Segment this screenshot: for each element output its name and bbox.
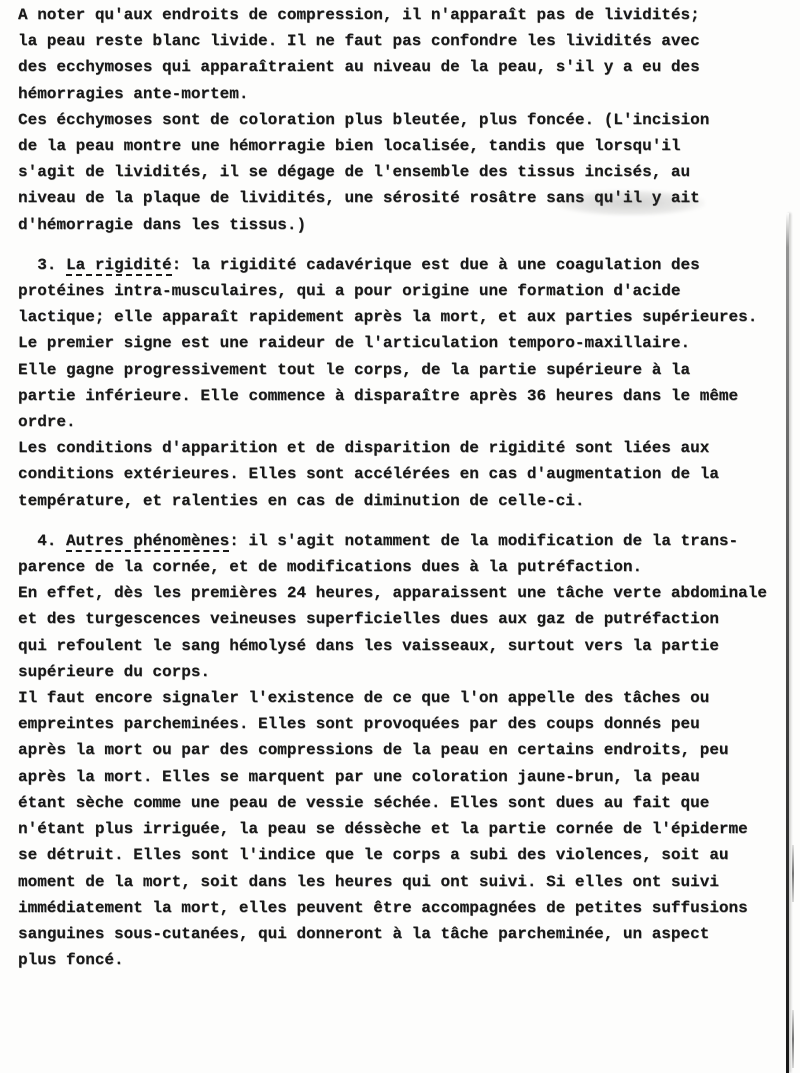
section-heading: Autres phénomènes bbox=[66, 532, 229, 552]
text-segment: En effet, dès les premières 24 heures, a… bbox=[18, 584, 767, 602]
text-line: hémorragies ante-mortem. bbox=[18, 81, 767, 107]
text-line: après la mort. Elles se marquent par une… bbox=[18, 764, 767, 790]
text-line: de la peau montre une hémorragie bien lo… bbox=[18, 133, 767, 159]
text-segment: plus foncé. bbox=[18, 951, 124, 969]
text-line: température, et ralenties en cas de dimi… bbox=[18, 488, 767, 514]
paragraph-autres-phenomenes: 4. Autres phénomènes: il s'agit notammen… bbox=[18, 528, 767, 580]
text-segment: de la peau montre une hémorragie bien lo… bbox=[18, 137, 681, 155]
text-line: 4. Autres phénomènes: il s'agit notammen… bbox=[18, 528, 767, 554]
text-line: Le premier signe est une raideur de l'ar… bbox=[18, 330, 767, 356]
text-line: qui refoulent le sang hémolysé dans les … bbox=[18, 633, 767, 659]
text-segment: n'étant plus irriguée, la peau se déssèc… bbox=[18, 820, 748, 838]
text-line: A noter qu'aux endroits de compression, … bbox=[18, 2, 767, 28]
text-line: ordre. bbox=[18, 409, 767, 435]
text-line: lactique; elle apparaît rapidement après… bbox=[18, 304, 767, 330]
text-line: sanguines sous-cutanées, qui donneront à… bbox=[18, 921, 767, 947]
text-segment: étant sèche comme une peau de vessie séc… bbox=[18, 794, 709, 812]
text-segment: Elle gagne progressivement tout le corps… bbox=[18, 361, 690, 379]
text-segment: d'hémorragie dans les tissus.) bbox=[18, 216, 306, 234]
text-line: des ecchymoses qui apparaîtraient au niv… bbox=[18, 54, 767, 80]
text-line: étant sèche comme une peau de vessie séc… bbox=[18, 790, 767, 816]
text-line: En effet, dès les premières 24 heures, a… bbox=[18, 580, 767, 606]
text-line: d'hémorragie dans les tissus.) bbox=[18, 212, 767, 238]
scan-edge-line bbox=[786, 213, 789, 1073]
text-line: après la mort ou par des compressions de… bbox=[18, 737, 767, 763]
text-line: parence de la cornée, et de modification… bbox=[18, 554, 767, 580]
text-segment: parence de la cornée, et de modification… bbox=[18, 558, 642, 576]
scan-edge-segment bbox=[792, 845, 794, 902]
text-segment: Ces écchymoses sont de coloration plus b… bbox=[18, 111, 709, 129]
text-segment: protéines intra-musculaires, qui a pour … bbox=[18, 282, 681, 300]
text-segment: des ecchymoses qui apparaîtraient au niv… bbox=[18, 58, 700, 76]
text-segment: la peau reste blanc livide. Il ne faut p… bbox=[18, 32, 700, 50]
text-line: n'étant plus irriguée, la peau se déssèc… bbox=[18, 816, 767, 842]
text-line: immédiatement la mort, elles peuvent êtr… bbox=[18, 895, 767, 921]
text-line: la peau reste blanc livide. Il ne faut p… bbox=[18, 28, 767, 54]
text-segment: 3. bbox=[18, 256, 66, 274]
text-line: protéines intra-musculaires, qui a pour … bbox=[18, 278, 767, 304]
document-page: A noter qu'aux endroits de compression, … bbox=[0, 0, 800, 1073]
text-line: Elle gagne progressivement tout le corps… bbox=[18, 357, 767, 383]
paragraph-lividites-note: A noter qu'aux endroits de compression, … bbox=[18, 2, 767, 107]
text-line: et des turgescences veineuses superficie… bbox=[18, 606, 767, 632]
text-segment: moment de la mort, soit dans les heures … bbox=[18, 873, 719, 891]
text-segment: sanguines sous-cutanées, qui donneront à… bbox=[18, 925, 709, 943]
document-text: A noter qu'aux endroits de compression, … bbox=[18, 2, 767, 973]
text-segment: partie inférieure. Elle commence à dispa… bbox=[18, 387, 738, 405]
text-segment: Les conditions d'apparition et de dispar… bbox=[18, 439, 709, 457]
text-segment: ordre. bbox=[18, 413, 76, 431]
scan-edge-segment bbox=[792, 1010, 794, 1068]
paragraph-ecchymoses: Ces écchymoses sont de coloration plus b… bbox=[18, 107, 767, 238]
text-segment: et des turgescences veineuses superficie… bbox=[18, 610, 719, 628]
text-segment: A noter qu'aux endroits de compression, … bbox=[18, 6, 700, 24]
text-line: Les conditions d'apparition et de dispar… bbox=[18, 435, 767, 461]
text-segment: lactique; elle apparaît rapidement après… bbox=[18, 308, 757, 326]
text-line: s'agit de lividités, il se dégage de l'e… bbox=[18, 159, 767, 185]
text-line: supérieure du corps. bbox=[18, 659, 767, 685]
paragraph-putrefaction: En effet, dès les premières 24 heures, a… bbox=[18, 580, 767, 685]
text-line: 3. La rigidité: la rigidité cadavérique … bbox=[18, 252, 767, 278]
text-segment: 4. bbox=[18, 532, 66, 550]
text-segment: : la rigidité cadavérique est due à une … bbox=[172, 256, 700, 274]
text-segment: empreintes parcheminées. Elles sont prov… bbox=[18, 715, 700, 733]
text-segment: : il s'agit notamment de la modification… bbox=[229, 532, 738, 550]
text-line: partie inférieure. Elle commence à dispa… bbox=[18, 383, 767, 409]
paragraph-taches-parcheminees: Il faut encore signaler l'existence de c… bbox=[18, 685, 767, 973]
text-segment: supérieure du corps. bbox=[18, 663, 210, 681]
text-segment: conditions extérieures. Elles sont accél… bbox=[18, 465, 719, 483]
text-segment: Il faut encore signaler l'existence de c… bbox=[18, 689, 709, 707]
text-segment: après la mort. Elles se marquent par une… bbox=[18, 768, 700, 786]
text-segment: hémorragies ante-mortem. bbox=[18, 85, 248, 103]
text-segment: se détruit. Elles sont l'indice que le c… bbox=[18, 846, 729, 864]
text-line: empreintes parcheminées. Elles sont prov… bbox=[18, 711, 767, 737]
text-segment: température, et ralenties en cas de dimi… bbox=[18, 492, 585, 510]
text-line: Il faut encore signaler l'existence de c… bbox=[18, 685, 767, 711]
text-segment: immédiatement la mort, elles peuvent êtr… bbox=[18, 899, 748, 917]
text-segment: après la mort ou par des compressions de… bbox=[18, 741, 729, 759]
text-segment: niveau de la plaque de lividités, une sé… bbox=[18, 189, 700, 207]
text-line: niveau de la plaque de lividités, une sé… bbox=[18, 185, 767, 211]
text-line: conditions extérieures. Elles sont accél… bbox=[18, 461, 767, 487]
text-segment: s'agit de lividités, il se dégage de l'e… bbox=[18, 163, 690, 181]
text-line: Ces écchymoses sont de coloration plus b… bbox=[18, 107, 767, 133]
paragraph-conditions-rigidite: Les conditions d'apparition et de dispar… bbox=[18, 435, 767, 514]
text-segment: qui refoulent le sang hémolysé dans les … bbox=[18, 637, 719, 655]
text-line: plus foncé. bbox=[18, 947, 767, 973]
text-line: moment de la mort, soit dans les heures … bbox=[18, 869, 767, 895]
text-segment: Le premier signe est une raideur de l'ar… bbox=[18, 334, 690, 352]
paragraph-rigidite: 3. La rigidité: la rigidité cadavérique … bbox=[18, 252, 767, 435]
section-heading: La rigidité bbox=[66, 256, 172, 276]
text-line: se détruit. Elles sont l'indice que le c… bbox=[18, 842, 767, 868]
